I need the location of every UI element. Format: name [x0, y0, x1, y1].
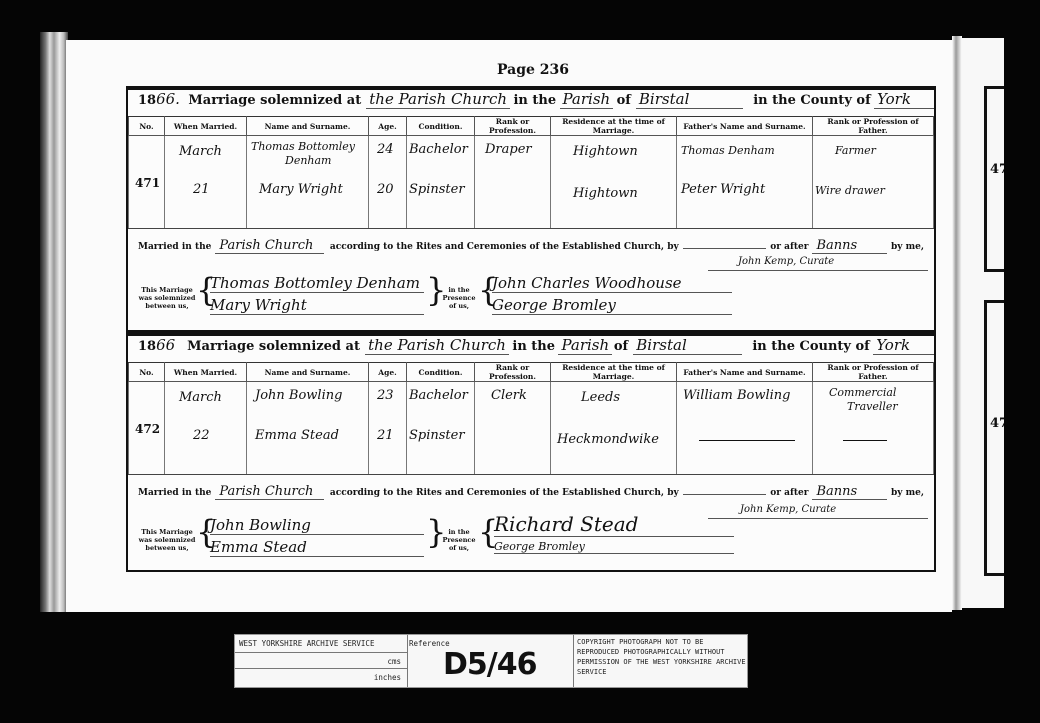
col-header-rank: Rank or Profession. — [475, 363, 551, 382]
groom-rank: Draper — [485, 142, 532, 157]
col-header-residence: Residence at the time of Marriage. — [551, 117, 677, 136]
county-label: in the County of — [753, 93, 870, 108]
groom-father: Thomas Denham — [681, 144, 775, 157]
marriage-entry: 1866. Marriage solemnized at the Parish … — [126, 86, 936, 332]
in-the-label: in the — [512, 339, 555, 354]
col-header-age: Age. — [369, 363, 407, 382]
by-me-label: by me, — [891, 242, 924, 252]
groom-condition: Bachelor — [409, 142, 468, 157]
book-page-edge — [40, 32, 68, 612]
bride-residence: Hightown — [573, 186, 638, 201]
by-method-value: Banns — [812, 238, 887, 254]
officiant-line — [708, 270, 928, 271]
reference-panel: Reference D5/46 — [407, 635, 574, 687]
book-gutter — [952, 36, 962, 610]
adjacent-page: 47 47 — [962, 38, 1004, 608]
col-header-residence: Residence at the time of Marriage. — [551, 363, 677, 382]
solemnized-label: Marriage solemnized at — [187, 339, 360, 354]
county-label: in the County of — [752, 339, 869, 354]
archive-service-name: WEST YORKSHIRE ARCHIVE SERVICE — [235, 635, 407, 653]
married-in-label: Married in the — [138, 488, 211, 498]
page-number: Page 236 — [497, 62, 569, 78]
groom-rank: Clerk — [491, 388, 527, 403]
officiant-line — [708, 518, 928, 519]
in-presence-label: in the Presence of us, — [440, 286, 478, 310]
col-header-when: When Married. — [165, 117, 247, 136]
groom-name-line2: Denham — [285, 154, 332, 167]
table-row: 472 March 22 John Bowling Emma Stead 23 … — [129, 382, 934, 475]
in-presence-label: in the Presence of us, — [440, 528, 478, 552]
groom-father-rank: Farmer — [835, 144, 876, 157]
officiant-signature: John Kemp, Curate — [738, 256, 834, 267]
adjacent-entry-frame — [984, 86, 1004, 272]
parish-value: Parish — [560, 90, 614, 109]
year-prefix: 18 — [138, 339, 156, 354]
groom-signature: Thomas Bottomley Denham — [210, 274, 424, 293]
entry-table: No. When Married. Name and Surname. Age.… — [128, 362, 934, 475]
entry-title-row: 1866 Marriage solemnized at the Parish C… — [128, 336, 934, 362]
date-day: 22 — [193, 428, 210, 443]
year-suffix: 66. — [156, 90, 180, 108]
adjacent-entry-number: 47 — [990, 416, 1004, 431]
married-in-value: Parish Church — [215, 238, 324, 254]
entry-number: 472 — [135, 422, 160, 436]
witness-signature: John Charles Woodhouse — [492, 274, 732, 293]
col-header-rank: Rank or Profession. — [475, 117, 551, 136]
col-header-father: Father's Name and Surname. — [677, 363, 813, 382]
witness-signature: Richard Stead — [494, 512, 734, 537]
witness-signature: George Bromley — [492, 296, 732, 315]
entry-table: No. When Married. Name and Surname. Age.… — [128, 116, 934, 229]
col-header-no: No. — [129, 117, 165, 136]
col-header-condition: Condition. — [407, 363, 475, 382]
table-row: 471 March 21 Thomas Bottomley Denham Mar… — [129, 136, 934, 229]
blank-line — [683, 494, 767, 495]
bride-condition: Spinster — [409, 428, 465, 443]
bride-name: Mary Wright — [259, 182, 343, 197]
col-header-father: Father's Name and Surname. — [677, 117, 813, 136]
by-method-value: Banns — [812, 484, 887, 500]
groom-age: 23 — [377, 388, 394, 403]
date-month: March — [179, 390, 222, 405]
date-month: March — [179, 144, 222, 159]
groom-father-rank-line2: Traveller — [847, 400, 898, 413]
archive-reference-label: WEST YORKSHIRE ARCHIVE SERVICE cms inche… — [234, 634, 748, 688]
groom-name: Thomas Bottomley — [251, 140, 355, 153]
blank-line — [683, 248, 767, 249]
col-header-name: Name and Surname. — [247, 117, 369, 136]
col-header-no: No. — [129, 363, 165, 382]
entry-number: 471 — [135, 176, 160, 190]
col-header-name: Name and Surname. — [247, 363, 369, 382]
according-to-label: according to the Rites and Ceremonies of… — [330, 242, 679, 252]
bride-condition: Spinster — [409, 182, 465, 197]
col-header-father-rank: Rank or Profession of Father. — [813, 117, 934, 136]
ruler-cms-label: cms — [235, 653, 407, 669]
reference-code: D5/46 — [443, 647, 536, 682]
by-me-label: by me, — [891, 488, 924, 498]
according-to-label: according to the Rites and Ceremonies of… — [330, 488, 679, 498]
of-label: of — [614, 339, 628, 354]
officiant-signature: John Kemp, Curate — [740, 504, 836, 515]
year-suffix: 66 — [156, 336, 175, 354]
groom-residence: Hightown — [573, 144, 638, 159]
or-after-label: or after — [770, 242, 808, 252]
bride-father-rank-dash — [843, 440, 887, 441]
groom-father: William Bowling — [683, 388, 791, 403]
married-in-row: Married in the Parish Church according t… — [138, 238, 924, 254]
solemnized-between-label: This Marriage was solemnized between us, — [136, 286, 198, 310]
county-value: York — [874, 90, 934, 109]
groom-residence: Leeds — [581, 390, 620, 405]
of-label: of — [617, 93, 631, 108]
col-header-condition: Condition. — [407, 117, 475, 136]
parish-value: Parish — [558, 336, 612, 355]
parish-name-value: Birstal — [633, 336, 742, 355]
col-header-when: When Married. — [165, 363, 247, 382]
groom-name: John Bowling — [255, 388, 342, 403]
witness-signature: George Bromley — [494, 540, 734, 554]
place-value: the Parish Church — [366, 90, 510, 109]
solemnized-between-label: This Marriage was solemnized between us, — [136, 528, 198, 552]
parish-name-value: Birstal — [636, 90, 743, 109]
marriage-entry: 1866 Marriage solemnized at the Parish C… — [126, 332, 936, 572]
county-value: York — [873, 336, 934, 355]
year-prefix: 18 — [138, 93, 156, 108]
married-in-value: Parish Church — [215, 484, 324, 500]
col-header-age: Age. — [369, 117, 407, 136]
bride-name: Emma Stead — [255, 428, 339, 443]
place-value: the Parish Church — [365, 336, 509, 355]
groom-condition: Bachelor — [409, 388, 468, 403]
groom-father-rank: Commercial — [829, 386, 896, 399]
bride-age: 21 — [377, 428, 394, 443]
bride-signature: Emma Stead — [210, 538, 424, 557]
date-day: 21 — [193, 182, 210, 197]
archive-ruler-panel: WEST YORKSHIRE ARCHIVE SERVICE cms inche… — [235, 635, 408, 687]
married-in-label: Married in the — [138, 242, 211, 252]
bride-father-dash — [699, 440, 795, 441]
married-in-row: Married in the Parish Church according t… — [138, 484, 924, 500]
in-the-label: in the — [513, 93, 556, 108]
entry-title-row: 1866. Marriage solemnized at the Parish … — [128, 90, 934, 116]
bride-father-rank: Wire drawer — [815, 184, 885, 197]
ruler-inches-label: inches — [235, 669, 407, 682]
groom-age: 24 — [377, 142, 394, 157]
solemnized-label: Marriage solemnized at — [188, 93, 361, 108]
bride-age: 20 — [377, 182, 394, 197]
or-after-label: or after — [770, 488, 808, 498]
col-header-father-rank: Rank or Profession of Father. — [813, 363, 934, 382]
bride-father: Peter Wright — [681, 182, 765, 197]
adjacent-entry-number: 47 — [990, 162, 1004, 177]
bride-signature: Mary Wright — [210, 296, 424, 315]
adjacent-entry-frame — [984, 300, 1004, 576]
bride-residence: Heckmondwike — [557, 432, 659, 447]
copyright-notice: COPYRIGHT PHOTOGRAPH NOT TO BE REPRODUCE… — [575, 637, 747, 677]
groom-signature: John Bowling — [210, 516, 424, 535]
